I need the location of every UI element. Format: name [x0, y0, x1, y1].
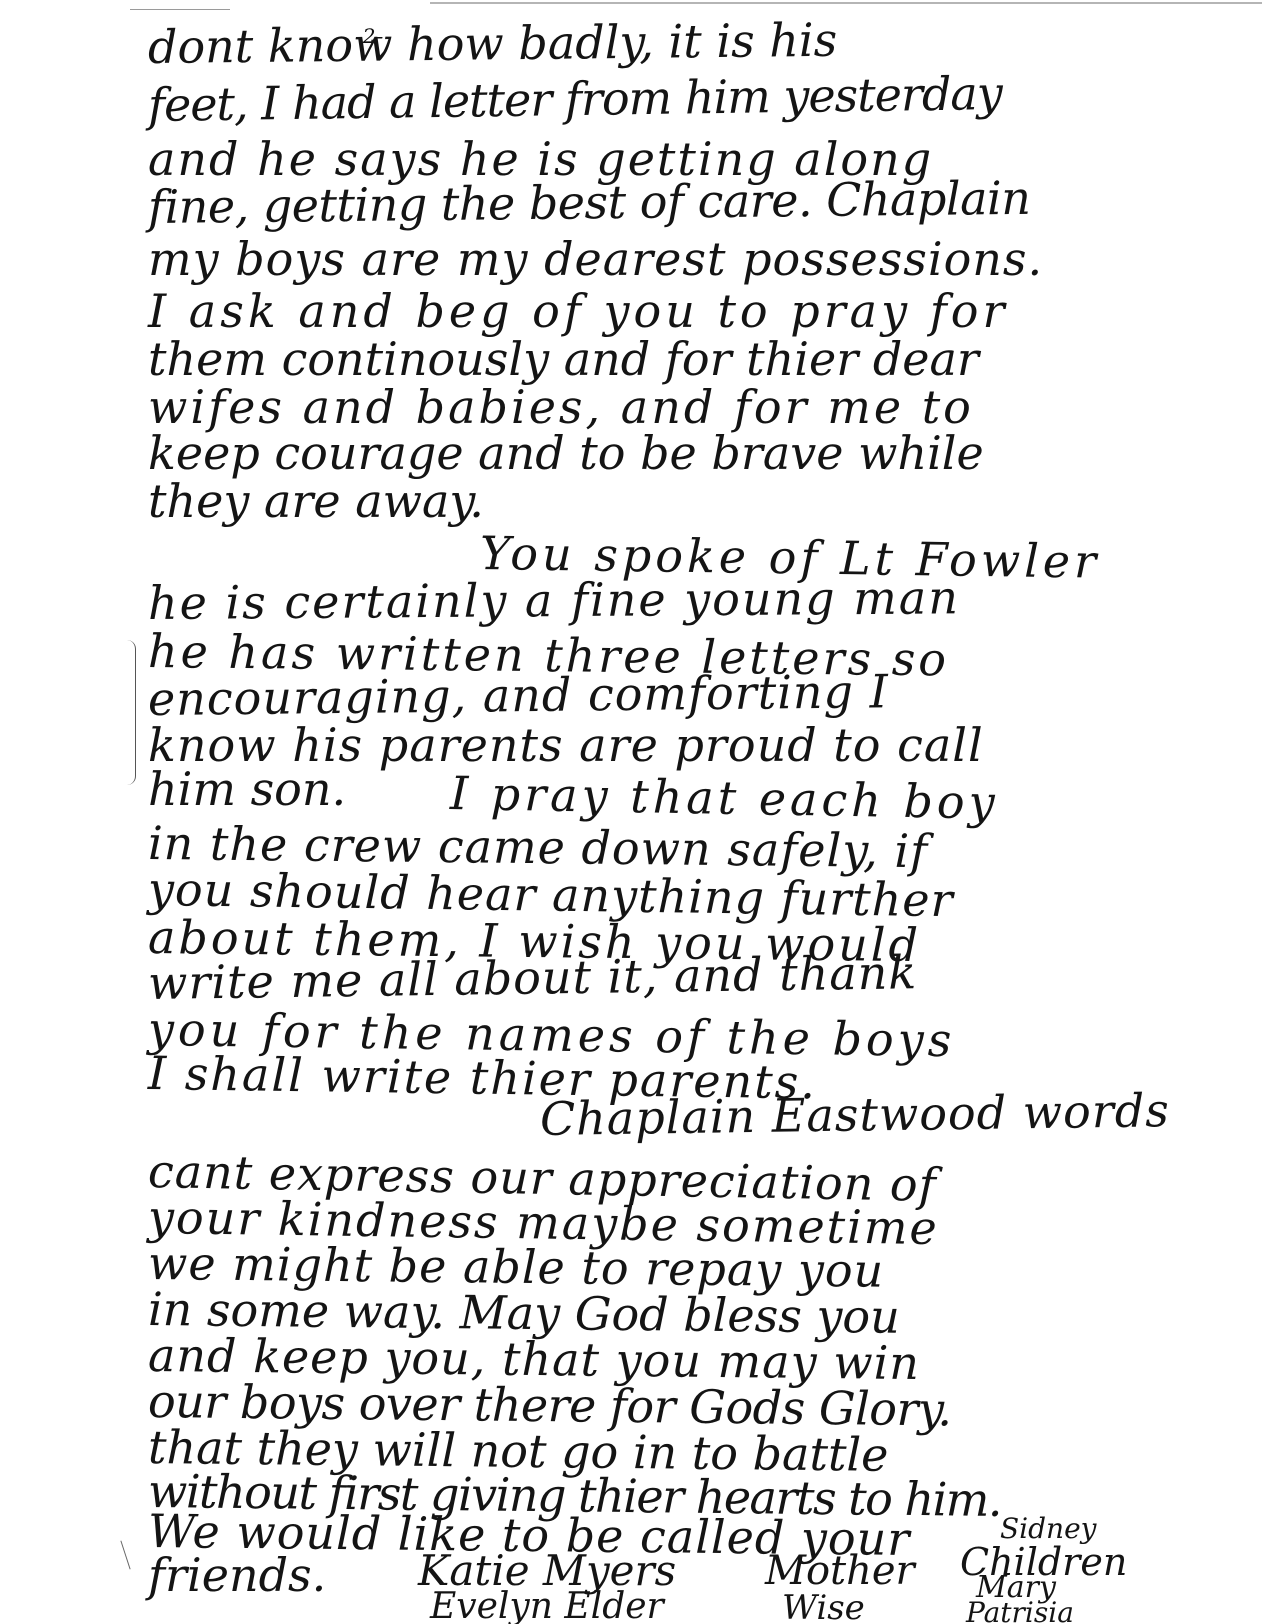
- margin-pencil-mark: [120, 1541, 130, 1570]
- letter-line: fine, getting the best of care. Chaplain: [148, 175, 1031, 230]
- letter-line: keep courage and to be brave while: [148, 430, 984, 476]
- letter-line: write me all about it, and thank: [148, 949, 918, 1006]
- scan-edge-line: [130, 9, 230, 10]
- scan-edge-line: [430, 2, 1262, 4]
- letter-line: Chaplain Eastwood words: [540, 1087, 1170, 1142]
- letter-line: them continously and for thier dear: [148, 336, 979, 382]
- margin-pencil-mark: [127, 640, 136, 785]
- letter-line: I ask and beg of you to pray for: [148, 288, 1008, 334]
- letter-line: encouraging, and comforting I: [148, 668, 889, 722]
- letter-line: dont know how badly, it is his: [148, 17, 838, 70]
- signature-evelyn-elder: Evelyn Elder: [430, 1586, 664, 1624]
- letter-page: -2- dont know how badly, it is his feet,…: [0, 0, 1262, 1624]
- letter-line: wifes and babies, and for me to: [148, 384, 974, 430]
- letter-line: I pray that each boy: [450, 770, 999, 826]
- letter-line: my boys are my dearest possessions.: [148, 236, 1043, 282]
- letter-line: they are away.: [148, 478, 484, 524]
- letter-line: friends.: [148, 1552, 326, 1598]
- letter-line: him son.: [148, 766, 346, 812]
- signature-wise: Wise: [782, 1588, 865, 1624]
- signature-patrisia: Patrisia: [966, 1596, 1074, 1624]
- letter-line: feet, I had a letter from him yesterday: [148, 70, 1002, 128]
- letter-line: he is certainly a fine young man: [148, 574, 960, 626]
